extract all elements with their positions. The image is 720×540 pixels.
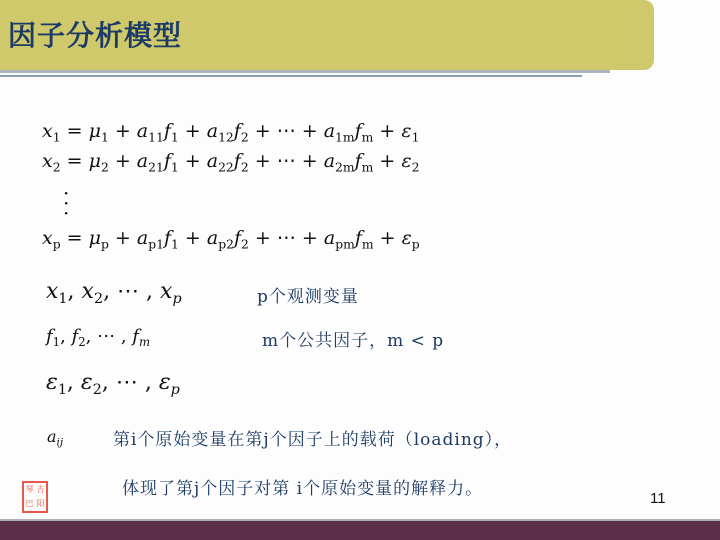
header-divider <box>0 70 610 73</box>
symbol-observed-variables: x1, x2, ⋯ , xp <box>46 279 182 304</box>
desc-loading-line2: 体现了第j个因子对第 i个原始变量的解释力。 <box>122 474 483 499</box>
page-number: 11 <box>650 490 666 507</box>
vertical-ellipsis: ··· <box>63 188 69 218</box>
footer-bar <box>0 521 720 540</box>
symbol-loading: aij <box>47 427 63 446</box>
desc-observed-variables: p个观测变量 <box>257 282 359 307</box>
equation-x2: x2 = μ2 + a21f1 + a22f2 + ⋯ + a2mfm + ε2 <box>42 150 419 172</box>
desc-loading-line1: 第i个原始变量在第j个因子上的载荷（loading）， <box>113 425 512 450</box>
equation-xp: xp = μp + ap1f1 + ap2f2 + ⋯ + apmfm + εp <box>42 227 420 249</box>
symbol-common-factors: f1, f2, ⋯ , fm <box>46 326 150 347</box>
desc-common-factors: m个公共因子，m < p <box>262 326 444 351</box>
header-divider-secondary <box>0 75 582 77</box>
symbol-specific-factors: ε1, ε2, ⋯ , εp <box>46 370 180 395</box>
slide-title: 因子分析模型 <box>8 16 182 56</box>
equation-x1: x1 = μ1 + a11f1 + a12f2 + ⋯ + a1mfm + ε1 <box>42 120 419 142</box>
seal-stamp-logo: 琴吉 巴阳 <box>22 481 48 513</box>
